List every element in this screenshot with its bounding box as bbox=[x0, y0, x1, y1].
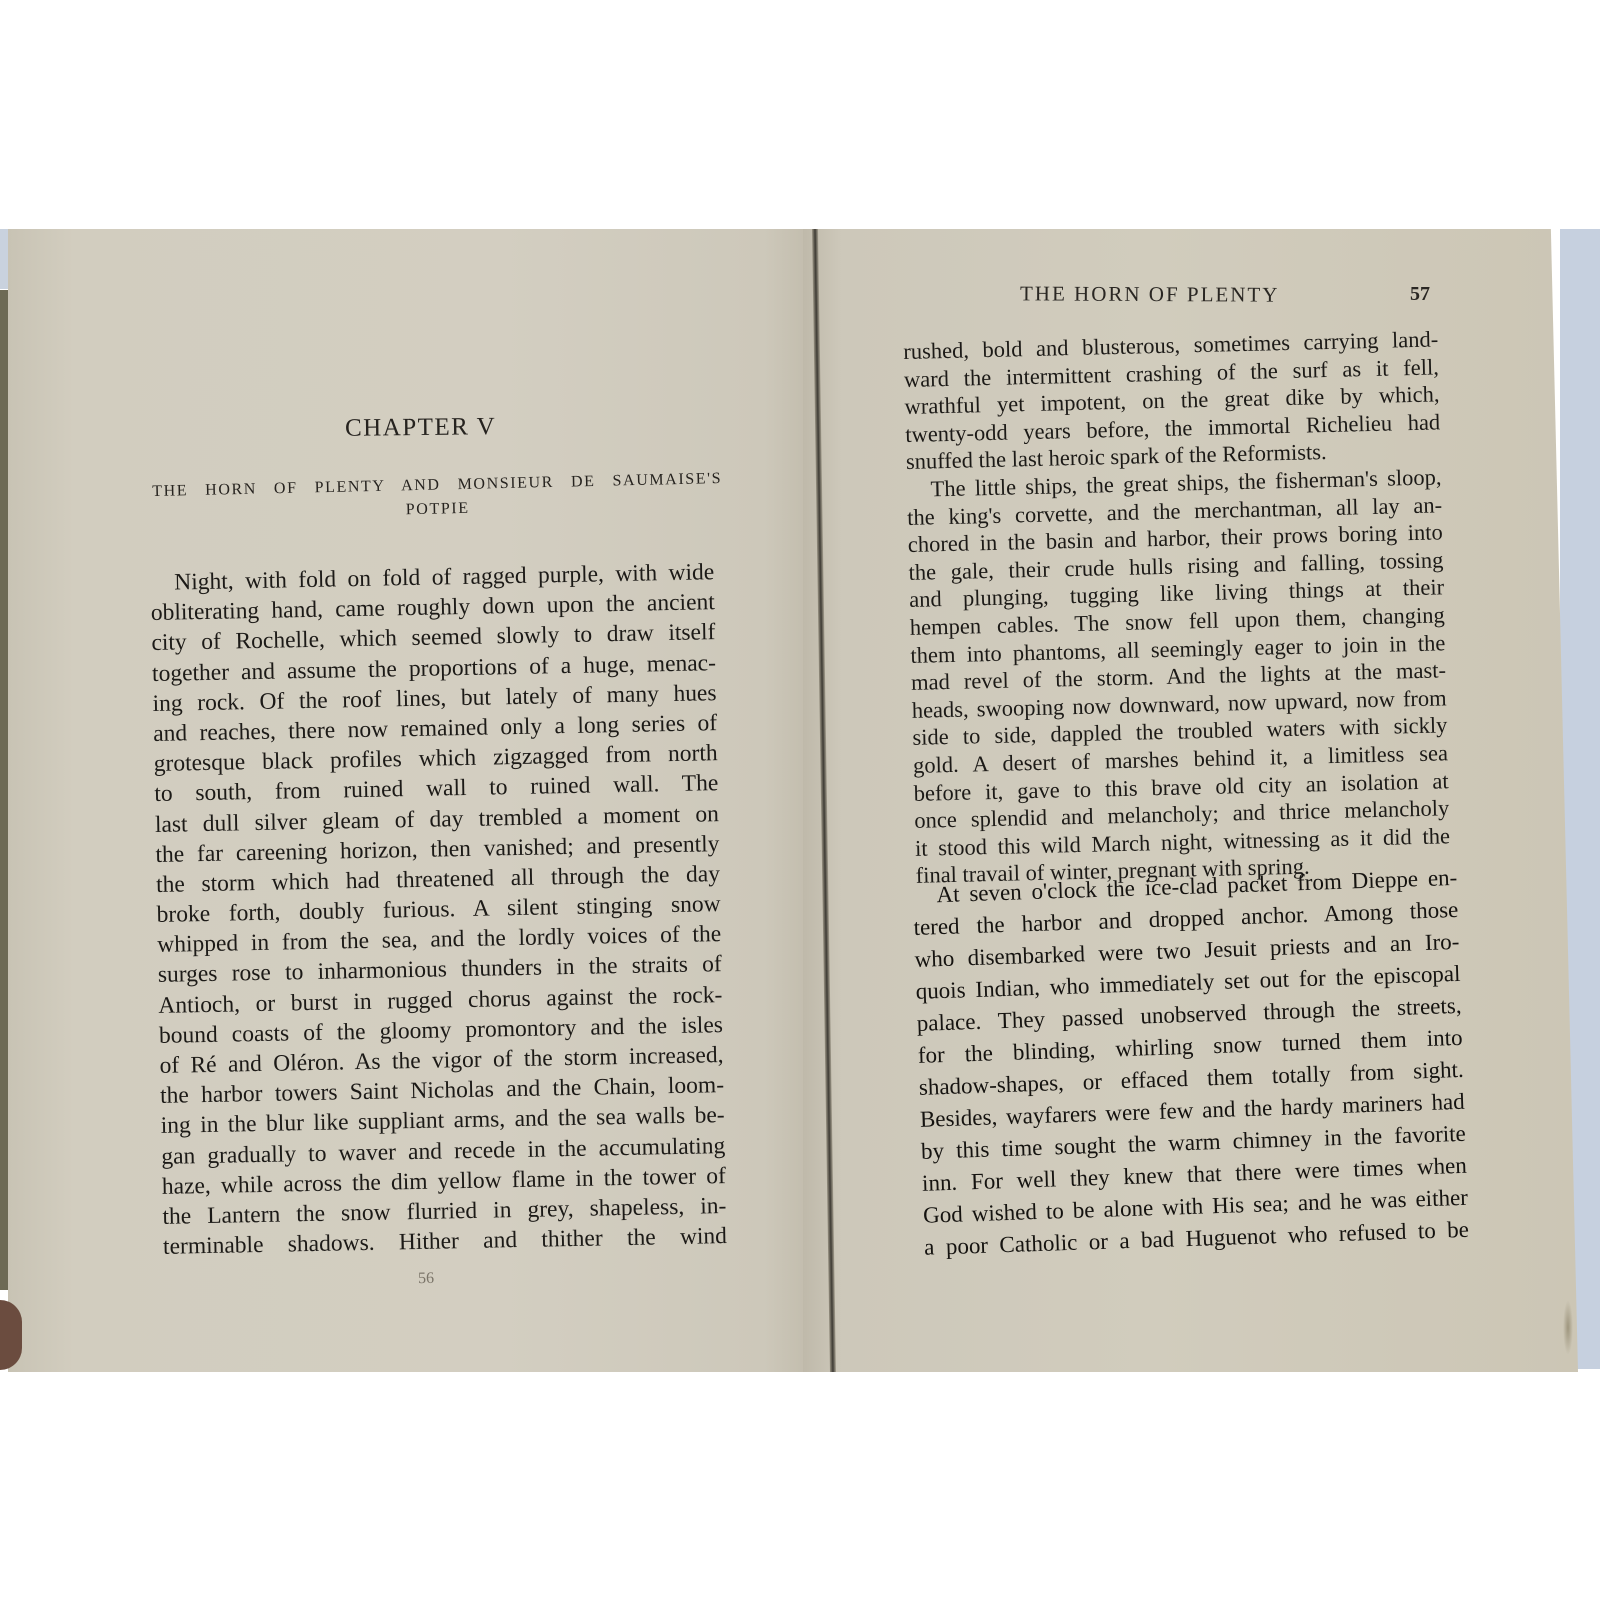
page-number-right: 57 bbox=[1410, 283, 1430, 306]
book-cover-edge bbox=[0, 290, 8, 1290]
thumb-holding-book bbox=[0, 1300, 22, 1370]
left-page-body: Night, with fold on fold of ragged purpl… bbox=[150, 557, 727, 1262]
running-head: THE HORN OF PLENTY bbox=[1020, 281, 1280, 307]
photo-scene: CHAPTER V THE HORN OF PLENTY AND MONSIEU… bbox=[0, 0, 1600, 1600]
chapter-title: CHAPTER V bbox=[345, 413, 497, 443]
paper-stain bbox=[1563, 1300, 1573, 1355]
right-page-body-lower: At seven o'clock the ice-clad packet fro… bbox=[912, 862, 1469, 1264]
right-page-body-upper: rushed, bold and blusterous, sometimes c… bbox=[903, 325, 1451, 889]
page-number-left: 56 bbox=[418, 1270, 434, 1288]
